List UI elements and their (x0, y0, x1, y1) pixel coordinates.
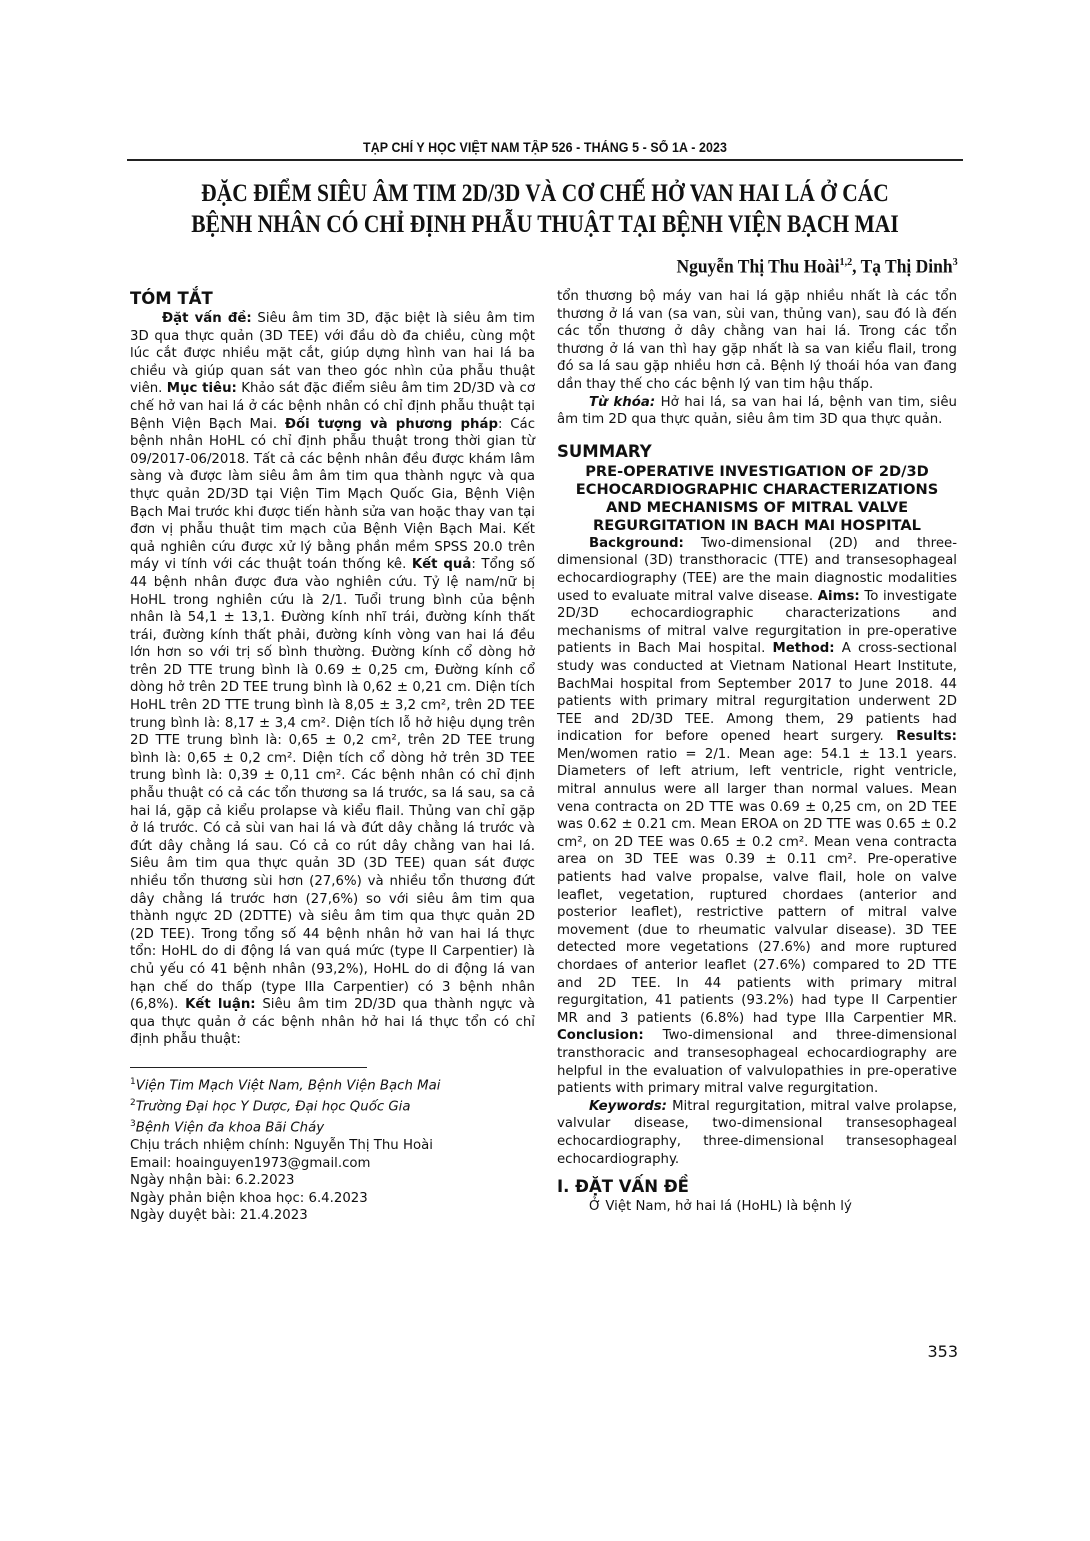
summary-heading: SUMMARY (557, 441, 957, 463)
text-results: Men/women ratio = 2/1. Mean age: 54.1 ± … (557, 747, 957, 1026)
text-doi-tuong: : Các bệnh nhân HoHL có chỉ định phẫu th… (130, 417, 535, 573)
keywords-en: Keywords: Mitral regurgitation, mitral v… (557, 1098, 957, 1168)
author-1-affiliation: 1,2 (840, 256, 853, 268)
left-column: TÓM TẮT Đặt vấn đề: Siêu âm tim 3D, đặc … (130, 288, 535, 1225)
label-doi-tuong: Đối tượng và phương pháp (285, 417, 498, 432)
affiliation-1: 1Viện Tim Mạch Việt Nam, Bệnh Viện Bạch … (130, 1074, 535, 1095)
abstract-vi-body: Đặt vấn đề: Siêu âm tim 3D, đặc biệt là … (130, 310, 535, 1049)
author-1: Nguyễn Thị Thu Hoài (677, 256, 840, 277)
corresponding-author: Chịu trách nhiệm chính: Nguyễn Thị Thu H… (130, 1137, 535, 1155)
email[interactable]: Email: hoainguyen1973@gmail.com (130, 1155, 535, 1173)
keywords-vi: Từ khóa: Hở hai lá, sa van hai lá, bệnh … (557, 394, 957, 429)
date-reviewed: Ngày phản biện khoa học: 6.4.2023 (130, 1190, 535, 1208)
abstract-vi-continued: tổn thương bộ máy van hai lá gặp nhiều n… (557, 288, 957, 394)
summary-body: Background: Two-dimensional (2D) and thr… (557, 535, 957, 1098)
footnote-divider (130, 1067, 367, 1068)
label-ket-qua: Kết quả (412, 557, 472, 572)
journal-header: TẠP CHÍ Y HỌC VIỆT NAM TẬP 526 - THÁNG 5… (160, 140, 929, 155)
label-aims: Aims: (818, 589, 860, 604)
label-conclusion: Conclusion: (557, 1028, 644, 1043)
header-divider (127, 159, 963, 161)
title-line-1: ĐẶC ĐIỂM SIÊU ÂM TIM 2D/3D VÀ CƠ CHẾ HỞ … (180, 178, 911, 209)
summary-title: PRE-OPERATIVE INVESTIGATION OF 2D/3D ECH… (557, 463, 957, 535)
author-list: Nguyễn Thị Thu Hoài1,2, Tạ Thị Dinh3 (677, 256, 958, 278)
label-dat-van-de: Đặt vấn đề: (162, 311, 252, 326)
right-column: tổn thương bộ máy van hai lá gặp nhiều n… (557, 288, 957, 1216)
page-number: 353 (927, 1342, 958, 1361)
section-1-text: Ở Việt Nam, hở hai lá (HoHL) là bệnh lý (557, 1198, 957, 1216)
date-accepted: Ngày duyệt bài: 21.4.2023 (130, 1207, 535, 1225)
affiliation-2: 2Trường Đại học Y Dược, Đại học Quốc Gia (130, 1095, 535, 1116)
section-1-heading: I. ĐẶT VẤN ĐỀ (557, 1176, 957, 1198)
footnotes: 1Viện Tim Mạch Việt Nam, Bệnh Viện Bạch … (130, 1074, 535, 1225)
author-2: Tạ Thị Dinh (861, 256, 953, 277)
label-muc-tieu: Mục tiêu: (167, 381, 237, 396)
label-keywords: Keywords: (589, 1099, 667, 1114)
label-ket-luan: Kết luận: (185, 997, 256, 1012)
title-line-2: BỆNH NHÂN CÓ CHỈ ĐỊNH PHẪU THUẬT TẠI BỆN… (180, 209, 911, 240)
affiliation-3: 3Bệnh Viện đa khoa Bãi Cháy (130, 1116, 535, 1137)
label-method: Method: (773, 641, 835, 656)
date-received: Ngày nhận bài: 6.2.2023 (130, 1172, 535, 1190)
author-2-affiliation: 3 (953, 256, 958, 268)
text-ket-qua: : Tổng số 44 bệnh nhân được đưa vào nghi… (130, 557, 535, 1012)
label-tu-khoa: Từ khóa: (589, 395, 655, 410)
label-results: Results: (896, 729, 957, 744)
article-title: ĐẶC ĐIỂM SIÊU ÂM TIM 2D/3D VÀ CƠ CHẾ HỞ … (180, 178, 911, 240)
abstract-heading-vi: TÓM TẮT (130, 288, 535, 310)
label-background: Background: (589, 536, 684, 551)
